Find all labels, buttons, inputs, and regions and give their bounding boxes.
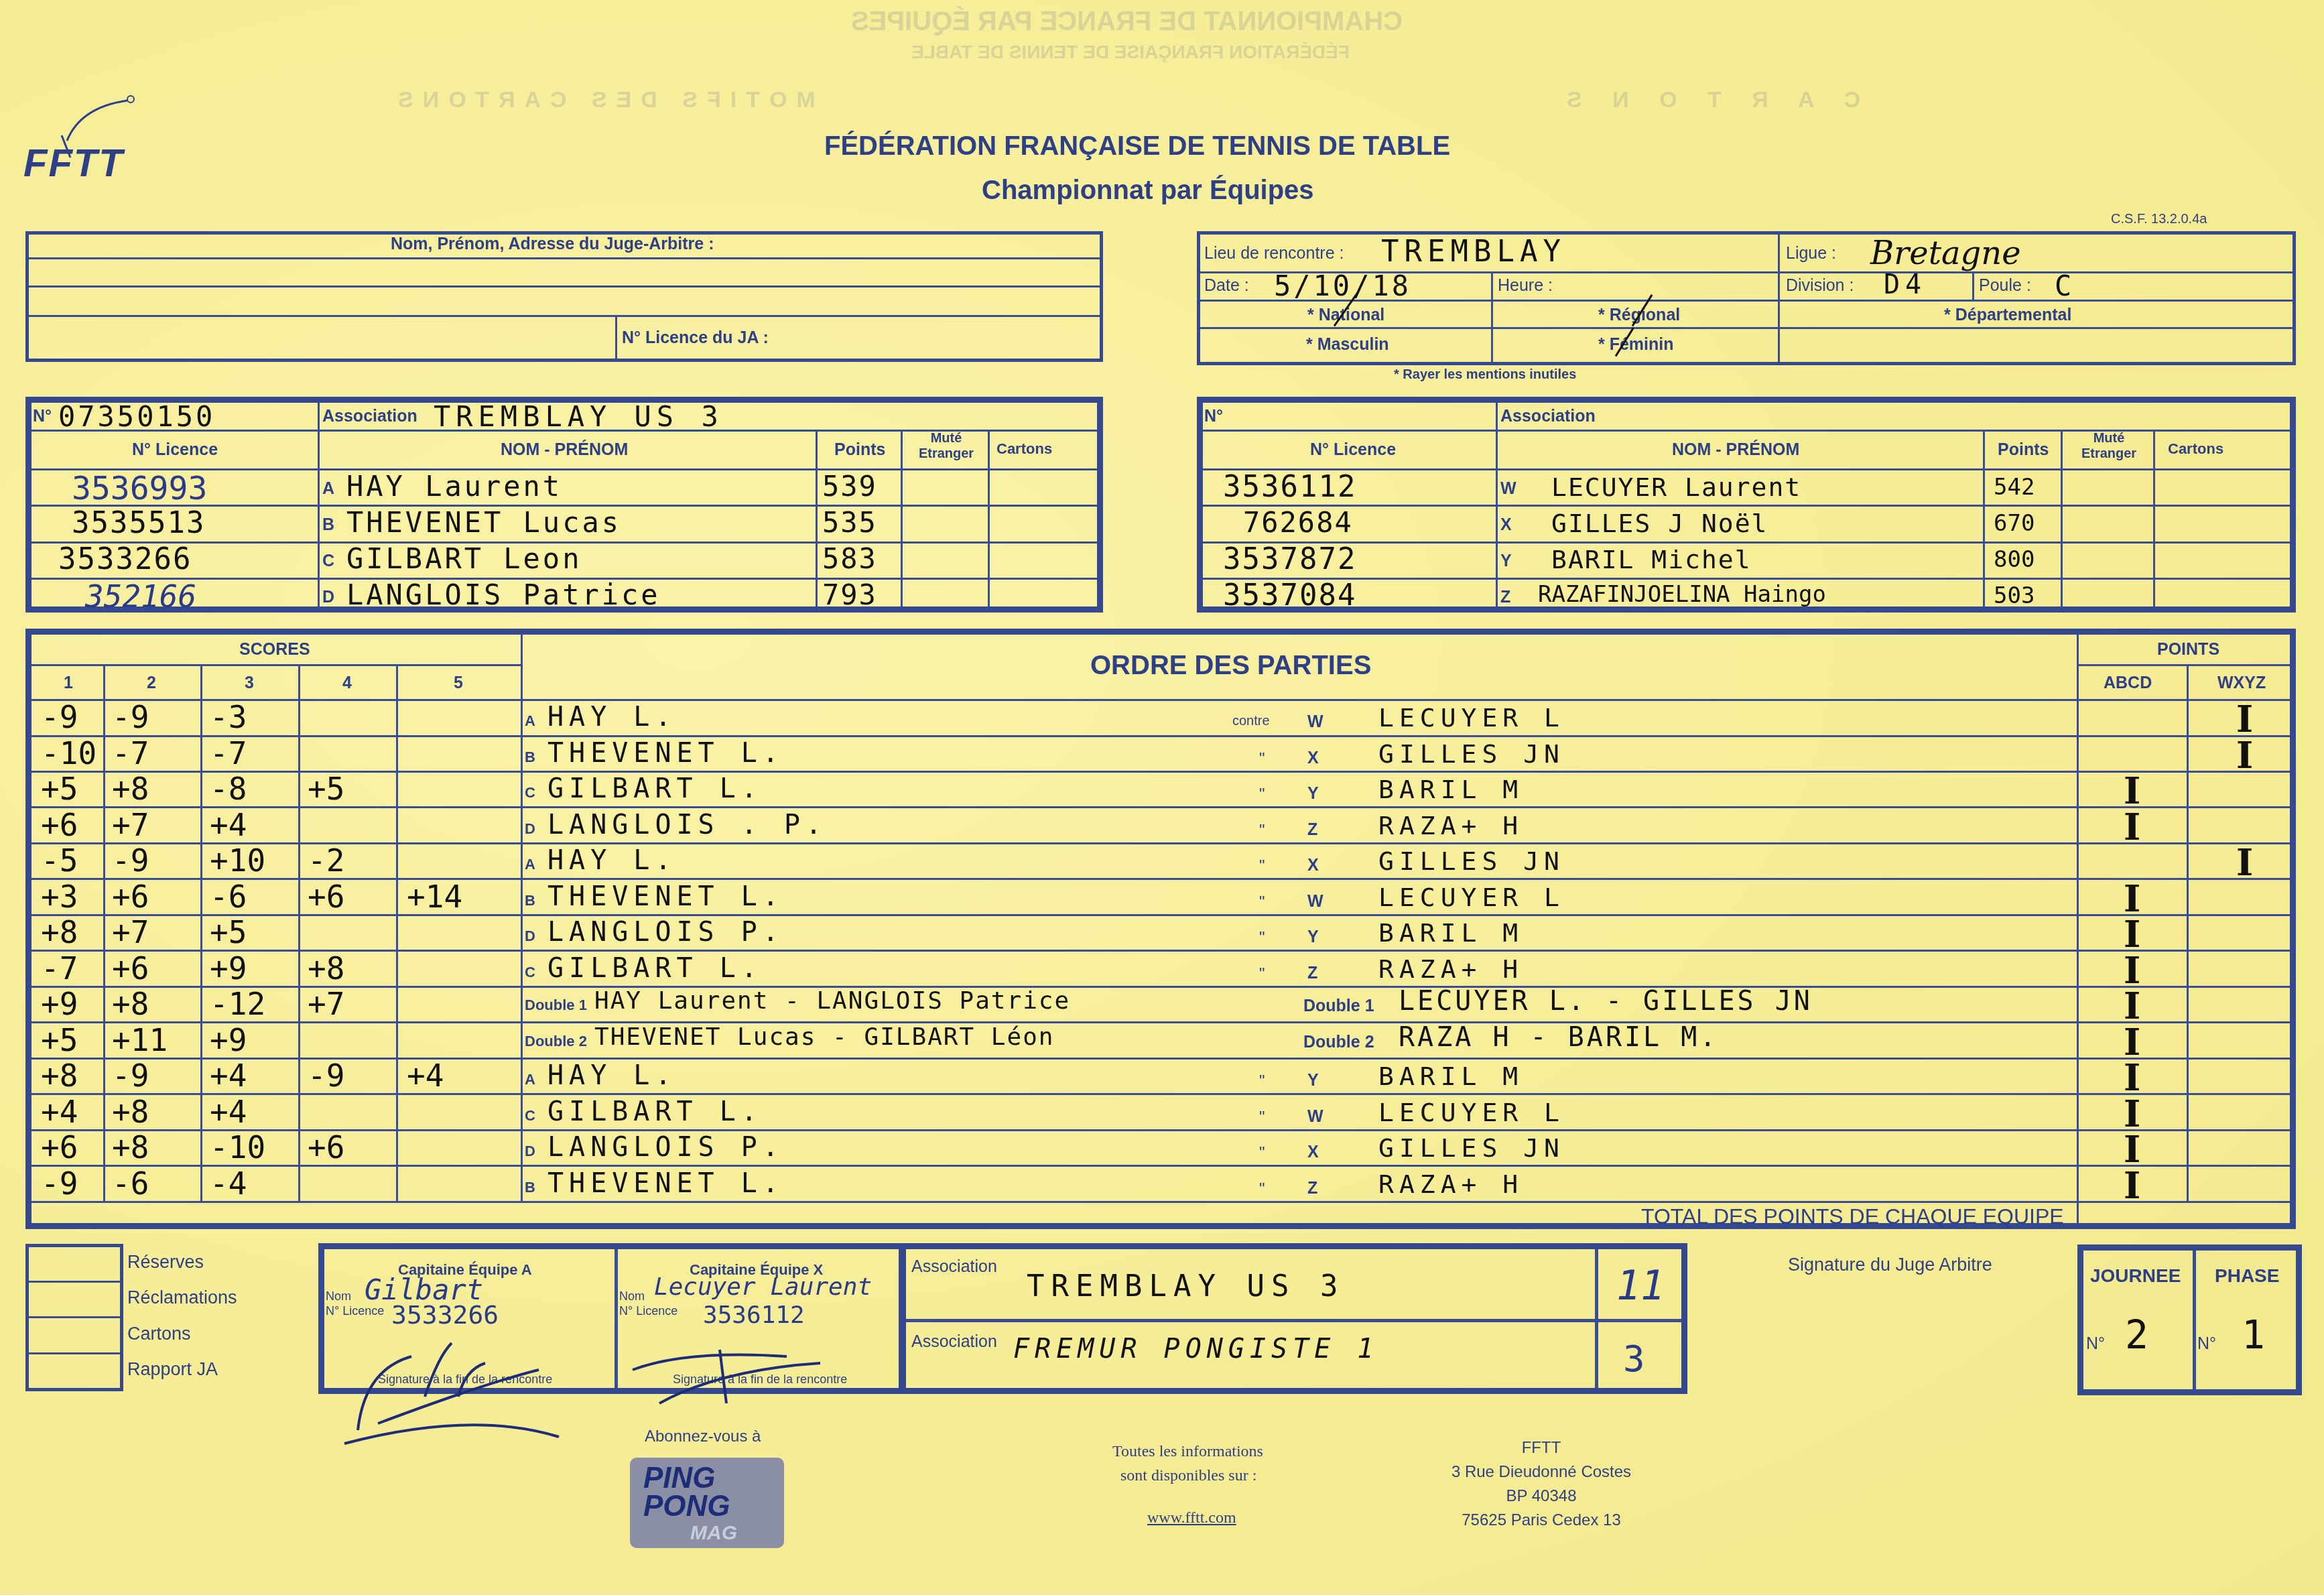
checkbox-column xyxy=(25,1244,123,1391)
team-x-number[interactable] xyxy=(1223,403,1491,430)
set-score[interactable]: -7 xyxy=(112,735,149,771)
licence-field[interactable]: 3536993 xyxy=(72,470,207,507)
result-a-label: Association xyxy=(911,1257,997,1277)
set-score[interactable]: +8 xyxy=(308,950,344,986)
result-x-label: Association xyxy=(911,1332,997,1352)
game-row: -9-6-4BTHEVENET L."ZRAZA+ HI xyxy=(31,1165,2290,1201)
subscribe-text: Abonnez-vous à xyxy=(645,1427,761,1446)
right-player[interactable]: RAZA H - BARIL M. xyxy=(1399,1022,1718,1053)
address-line: FFTT xyxy=(1434,1436,1649,1460)
team-a-roster: N° 07350150 Association TREMBLAY US 3 N°… xyxy=(25,397,1103,613)
website-link[interactable]: www.fftt.com xyxy=(1147,1509,1236,1527)
set-score[interactable]: +9 xyxy=(210,1022,247,1058)
strike-note: * Rayer les mentions inutiles xyxy=(1394,367,1576,383)
set-header: 2 xyxy=(147,674,156,693)
team-x-row: 3537084 Z RAZAFINJOELINA Haingo 503 xyxy=(1203,578,2290,613)
division-label: Division : xyxy=(1786,276,1854,296)
departmental-option[interactable]: * Départemental xyxy=(1944,306,2071,325)
game-row: +9+8-12+7Double 1HAY Laurent - LANGLOIS … xyxy=(31,986,2290,1021)
left-slot-label: B xyxy=(525,892,535,909)
set-score[interactable]: +7 xyxy=(112,914,149,950)
female-option[interactable]: * Féminin xyxy=(1598,335,1674,355)
checkbox-reclamations[interactable] xyxy=(29,1283,120,1316)
player-name[interactable]: LANGLOIS Patrice xyxy=(346,578,661,611)
col-licence: N° Licence xyxy=(1310,440,1396,460)
pool-label: Poule : xyxy=(1979,276,2031,296)
captain-x-name[interactable]: Lecuyer Laurent xyxy=(654,1273,872,1301)
right-slot-label: Y xyxy=(1307,1071,1319,1090)
captains-box: Capitaine Équipe A Nom Gilbart N° Licenc… xyxy=(318,1243,905,1394)
set-score[interactable]: +8 xyxy=(112,771,149,807)
ditto-mark: " xyxy=(1259,965,1265,984)
left-slot-label: A xyxy=(525,712,535,730)
left-player[interactable]: HAY L. xyxy=(547,1060,677,1091)
col-cartons: Cartons xyxy=(996,440,1052,458)
col-licence: N° Licence xyxy=(132,440,218,460)
game-row: +6+8-10+6DLANGLOIS P."XGILLES JNI xyxy=(31,1129,2290,1165)
set-score[interactable]: +6 xyxy=(112,879,149,915)
ditto-mark: " xyxy=(1259,1072,1265,1091)
wxyz-point[interactable]: I xyxy=(2236,734,2253,777)
total-field[interactable] xyxy=(2079,1203,2294,1230)
set-score[interactable]: -9 xyxy=(41,1165,78,1202)
col-name: NOM - PRÉNOM xyxy=(501,440,628,460)
abcd-point[interactable]: I xyxy=(2124,1164,2140,1207)
captain-x-name-label: Nom xyxy=(619,1289,645,1303)
set-score[interactable]: +8 xyxy=(112,1129,149,1165)
division-field[interactable]: D4 xyxy=(1884,269,1927,300)
licence-field[interactable]: 3535513 xyxy=(72,506,205,540)
team-x-number-label: N° xyxy=(1204,407,1223,426)
col-cartons: Cartons xyxy=(2168,440,2223,458)
logo-mag: MAG xyxy=(690,1522,737,1545)
set-score[interactable]: -9 xyxy=(41,699,78,735)
game-row: -10-7-7BTHEVENET L."XGILLES JNI xyxy=(31,735,2290,771)
ditto-mark: " xyxy=(1259,893,1265,912)
right-player[interactable]: RAZA+ H xyxy=(1378,1169,1523,1199)
set-score[interactable]: -9 xyxy=(112,699,149,735)
set-score[interactable]: +6 xyxy=(41,1129,78,1165)
left-player[interactable]: LANGLOIS P. xyxy=(547,1132,784,1163)
ditto-mark: " xyxy=(1259,822,1265,840)
set-score[interactable]: +4 xyxy=(210,1094,247,1130)
player-name[interactable]: GILBART Leon xyxy=(346,542,582,575)
league-label: Ligue : xyxy=(1786,244,1836,263)
left-player[interactable]: LANGLOIS . P. xyxy=(547,810,827,840)
set-score[interactable]: -7 xyxy=(41,950,78,986)
game-row: -9-9-3AHAY L.contreWLECUYER LI xyxy=(31,699,2290,735)
col-points: Points xyxy=(834,440,885,460)
game-row: +6+7+4DLANGLOIS . P."ZRAZA+ HI xyxy=(31,807,2290,842)
game-row: -7+6+9+8CGILBART L."ZRAZA+ HI xyxy=(31,950,2290,986)
licence-field[interactable]: 3533266 xyxy=(58,542,192,576)
player-points[interactable]: 539 xyxy=(822,470,877,503)
player-letter: Y xyxy=(1500,552,1512,571)
player-letter: A xyxy=(322,479,334,499)
team-a-row: 352166 D LANGLOIS Patrice 793 xyxy=(31,578,1097,613)
referee-name-field[interactable] xyxy=(29,259,1100,315)
set-score[interactable]: +5 xyxy=(41,771,78,807)
scores-header: SCORES xyxy=(239,640,310,659)
captain-x-signature-icon[interactable] xyxy=(619,1343,887,1417)
captain-a-licence[interactable]: 3533266 xyxy=(391,1300,499,1330)
logo-pong: PONG xyxy=(643,1490,730,1523)
ghost-text-motifs: MOTIFS DES CARTONS xyxy=(389,87,816,113)
game-row: +8+7+5DLANGLOIS P."YBARIL MI xyxy=(31,914,2290,950)
player-letter: W xyxy=(1500,479,1516,499)
right-slot-label: W xyxy=(1307,1107,1324,1127)
left-player[interactable]: GILBART L. xyxy=(547,1096,763,1127)
licence-field[interactable]: 3537084 xyxy=(1223,578,1356,613)
set-score[interactable]: +11 xyxy=(112,1022,168,1058)
team-a-association-label: Association xyxy=(322,407,417,426)
set-score[interactable]: +6 xyxy=(112,950,149,986)
federation-title: FÉDÉRATION FRANÇAISE DE TENNIS DE TABLE xyxy=(824,131,1450,162)
set-score[interactable]: -7 xyxy=(210,735,247,771)
captain-x-licence[interactable]: 3536112 xyxy=(703,1301,805,1329)
form-code: C.S.F. 13.2.0.4a xyxy=(2111,212,2207,227)
checkbox-cartons[interactable] xyxy=(29,1318,120,1352)
info-line2: sont disponibles sur : xyxy=(1120,1467,1256,1485)
set-header: 4 xyxy=(342,674,352,693)
pool-field[interactable]: C xyxy=(2055,269,2077,302)
match-info-box: Lieu de rencontre : TREMBLAY Ligue : Bre… xyxy=(1197,231,2296,365)
set-score[interactable]: -8 xyxy=(210,771,247,807)
game-row: -5-9+10-2AHAY L."XGILLES JNI xyxy=(31,842,2290,878)
set-score[interactable]: +8 xyxy=(41,1058,78,1094)
left-slot-label: C xyxy=(525,1107,535,1125)
right-slot-label: X xyxy=(1307,1143,1319,1162)
licence-field[interactable]: 3537872 xyxy=(1223,542,1356,576)
set-score[interactable]: -9 xyxy=(112,1058,149,1094)
right-slot-label: Y xyxy=(1307,784,1319,804)
ditto-mark: " xyxy=(1259,857,1265,876)
address-line: BP 40348 xyxy=(1434,1484,1649,1509)
result-a-score[interactable]: 11 xyxy=(1616,1263,1665,1310)
player-name[interactable]: LECUYER Laurent xyxy=(1551,472,1801,502)
journee-field[interactable]: 2 xyxy=(2125,1312,2154,1358)
left-slot-label: Double 2 xyxy=(525,1033,587,1050)
team-x-roster: N° Association N° Licence NOM - PRÉNOM P… xyxy=(1197,397,2296,613)
team-x-row: 3537872 Y BARIL Michel 800 xyxy=(1203,542,2290,577)
game-row: +5+11+9Double 2THEVENET Lucas - GILBART … xyxy=(31,1022,2290,1058)
left-player[interactable]: THEVENET L. xyxy=(547,738,784,769)
result-a-team[interactable]: TREMBLAY US 3 xyxy=(1027,1269,1344,1303)
ditto-mark: " xyxy=(1259,1108,1265,1127)
set-score[interactable]: -12 xyxy=(210,986,265,1022)
set-score[interactable]: +8 xyxy=(112,1094,149,1130)
phase-label: PHASE xyxy=(2215,1265,2279,1287)
set-score[interactable]: +6 xyxy=(308,879,344,915)
player-points[interactable]: 503 xyxy=(1994,582,2035,609)
set-score[interactable]: +7 xyxy=(308,986,344,1022)
checkbox-reserves[interactable] xyxy=(29,1247,120,1281)
set-score[interactable]: +5 xyxy=(210,914,247,950)
captain-a-licence-label: N° Licence xyxy=(326,1304,384,1318)
points-header: POINTS xyxy=(2157,640,2219,659)
left-player[interactable]: HAY L. xyxy=(547,845,677,876)
set-score[interactable]: -10 xyxy=(41,735,96,771)
set-score[interactable]: -2 xyxy=(308,842,344,879)
team-a-number[interactable]: 07350150 xyxy=(58,400,215,433)
player-letter: B xyxy=(322,515,334,535)
ghost-text-federation: FÉDÉRATION FRANÇAISE DE TENNIS DE TABLE xyxy=(911,42,1350,63)
right-player[interactable]: GILLES JN xyxy=(1378,1133,1565,1163)
right-player[interactable]: LECUYER L. - GILLES JN xyxy=(1399,986,1813,1017)
set-score[interactable]: -3 xyxy=(210,699,247,735)
referee-signature-label: Signature du Juge Arbitre xyxy=(1788,1255,1992,1275)
right-slot-label: Double 2 xyxy=(1303,1033,1374,1052)
captain-a-signature-icon[interactable] xyxy=(338,1330,606,1450)
ditto-mark: " xyxy=(1259,750,1265,769)
fftt-address: FFTT 3 Rue Dieudonné Costes BP 40348 756… xyxy=(1434,1436,1649,1533)
game-row: +8-9+4-9+4AHAY L."YBARIL MI xyxy=(31,1058,2290,1093)
left-slot-label: D xyxy=(525,1143,535,1160)
col-name: NOM - PRÉNOM xyxy=(1672,440,1799,460)
set-score[interactable]: +14 xyxy=(407,879,462,915)
ping-pong-mag-logo[interactable]: PING PONG MAG xyxy=(630,1458,784,1548)
referee-licence-label: N° Licence du JA : xyxy=(622,328,769,348)
set-score[interactable]: -9 xyxy=(112,842,149,879)
right-slot-label: W xyxy=(1307,892,1324,911)
abcd-header: ABCD xyxy=(2104,674,2152,693)
set-score[interactable]: -9 xyxy=(308,1058,344,1094)
set-score[interactable]: +4 xyxy=(210,1058,247,1094)
address-line: 75625 Paris Cedex 13 xyxy=(1434,1509,1649,1533)
left-player[interactable]: LANGLOIS P. xyxy=(547,917,784,948)
team-x-association[interactable] xyxy=(1605,403,2275,430)
male-option[interactable]: * Masculin xyxy=(1306,335,1389,355)
right-slot-label: Z xyxy=(1307,1179,1317,1198)
set-header: 1 xyxy=(64,674,73,693)
game-row: +3+6-6+6+14BTHEVENET L."WLECUYER LI xyxy=(31,879,2290,914)
referee-signature-field[interactable] xyxy=(1776,1280,2057,1387)
right-slot-label: X xyxy=(1307,856,1319,875)
left-slot-label: B xyxy=(525,1179,535,1196)
set-header: 5 xyxy=(454,674,463,693)
league-field[interactable]: Bretagne xyxy=(1870,235,2021,272)
captain-x-licence-label: N° Licence xyxy=(619,1304,677,1318)
page-subtitle: Championnat par Équipes xyxy=(982,176,1314,206)
set-score[interactable]: +8 xyxy=(112,986,149,1022)
ditto-mark: " xyxy=(1259,1180,1265,1199)
wxyz-header: WXYZ xyxy=(2217,674,2266,693)
col-points: Points xyxy=(1998,440,2049,460)
player-points[interactable]: 793 xyxy=(822,578,877,611)
left-slot-label: B xyxy=(525,749,535,766)
right-player[interactable]: LECUYER L xyxy=(1378,703,1565,732)
journee-label: JOURNEE xyxy=(2090,1265,2181,1287)
game-row: +5+8-8+5CGILBART L."YBARIL MI xyxy=(31,771,2290,806)
player-name[interactable]: BARIL Michel xyxy=(1551,545,1752,574)
set-score[interactable]: +4 xyxy=(407,1058,444,1094)
left-player[interactable]: THEVENET L. xyxy=(547,1168,784,1199)
player-name[interactable]: GILLES J Noël xyxy=(1551,509,1768,538)
left-player[interactable]: HAY Laurent - LANGLOIS Patrice xyxy=(594,987,1070,1015)
right-player[interactable]: GILLES JN xyxy=(1378,846,1565,876)
contre-label: contre xyxy=(1232,714,1270,729)
right-slot-label: Y xyxy=(1307,928,1319,947)
left-slot-label: A xyxy=(525,1071,535,1088)
player-points[interactable]: 535 xyxy=(822,506,877,539)
logo-text: FFTT xyxy=(23,141,124,186)
team-a-row: 3533266 C GILBART Leon 583 xyxy=(31,542,1097,577)
right-player[interactable]: BARIL M xyxy=(1378,1062,1523,1091)
licence-field[interactable]: 352166 xyxy=(85,578,196,615)
set-score[interactable]: +4 xyxy=(41,1094,78,1130)
set-score[interactable]: +6 xyxy=(308,1129,344,1165)
player-points[interactable]: 800 xyxy=(1994,546,2035,573)
time-field[interactable] xyxy=(1562,273,1770,298)
result-x-score[interactable]: 3 xyxy=(1623,1338,1645,1380)
left-slot-label: C xyxy=(525,964,535,981)
right-player[interactable]: LECUYER L xyxy=(1378,883,1565,912)
date-field[interactable]: 5/10/18 xyxy=(1274,269,1411,302)
ditto-mark: " xyxy=(1259,785,1265,804)
set-score[interactable]: +9 xyxy=(41,986,78,1022)
reserves-label: Réserves xyxy=(127,1252,204,1273)
team-a-row: 3536993 A HAY Laurent 539 xyxy=(31,470,1097,505)
player-points[interactable]: 542 xyxy=(1994,474,2035,501)
game-row: +4+8+4CGILBART L."WLECUYER LI xyxy=(31,1094,2290,1129)
set-score[interactable]: -6 xyxy=(210,879,247,915)
left-slot-label: D xyxy=(525,820,535,838)
licence-field[interactable]: 3536112 xyxy=(1223,470,1356,504)
set-header: 3 xyxy=(245,674,254,693)
venue-field[interactable]: TREMBLAY xyxy=(1381,235,1566,269)
licence-field[interactable]: 762684 xyxy=(1243,506,1353,539)
set-score[interactable]: +9 xyxy=(210,950,247,986)
set-score[interactable]: +3 xyxy=(41,879,78,915)
rapport-label: Rapport JA xyxy=(127,1359,218,1380)
player-name[interactable]: THEVENET Lucas xyxy=(346,506,621,539)
col-mute: Muté Etranger xyxy=(906,431,986,462)
right-player[interactable]: GILLES JN xyxy=(1378,739,1565,769)
left-player[interactable]: GILBART L. xyxy=(547,953,763,984)
set-score[interactable]: +7 xyxy=(112,807,149,843)
total-label: TOTAL DES POINTS DE CHAQUE EQUIPE xyxy=(1641,1204,2064,1229)
player-letter: D xyxy=(322,588,334,607)
left-slot-label: D xyxy=(525,928,535,945)
set-score[interactable]: +10 xyxy=(210,842,265,879)
set-score[interactable]: +6 xyxy=(41,807,78,843)
left-player[interactable]: THEVENET L. xyxy=(547,881,784,912)
player-letter: C xyxy=(322,552,334,571)
left-player[interactable]: THEVENET Lucas - GILBART Léon xyxy=(594,1023,1055,1051)
right-player[interactable]: BARIL M xyxy=(1378,918,1523,948)
right-slot-label: Z xyxy=(1307,964,1317,983)
results-box: Association TREMBLAY US 3 11 Association… xyxy=(900,1243,1687,1394)
set-score[interactable]: -5 xyxy=(41,842,78,879)
cartons-label: Cartons xyxy=(127,1324,191,1344)
right-slot-label: Z xyxy=(1307,820,1317,840)
right-player[interactable]: RAZA+ H xyxy=(1378,954,1523,984)
right-slot-label: X xyxy=(1307,749,1319,768)
left-player[interactable]: GILBART L. xyxy=(547,773,763,804)
result-x-team[interactable]: FREMUR PONGISTE 1 xyxy=(1013,1334,1378,1364)
captain-a-name-label: Nom xyxy=(326,1289,351,1303)
player-letter: X xyxy=(1500,515,1512,535)
venue-label: Lieu de rencontre : xyxy=(1204,244,1344,263)
referee-name-label: Nom, Prénom, Adresse du Juge-Arbitre : xyxy=(391,235,714,254)
ditto-mark: " xyxy=(1259,929,1265,948)
col-mute: Muté Etranger xyxy=(2067,431,2150,462)
left-slot-label: A xyxy=(525,856,535,873)
right-slot-label: Double 1 xyxy=(1303,997,1374,1016)
right-player[interactable]: BARIL M xyxy=(1378,775,1523,804)
set-score[interactable]: +8 xyxy=(41,914,78,950)
wxyz-point[interactable]: I xyxy=(2236,841,2253,884)
referee-box: Nom, Prénom, Adresse du Juge-Arbitre : N… xyxy=(25,231,1103,362)
set-score[interactable]: -6 xyxy=(112,1165,149,1202)
journee-phase-box: JOURNEE N° 2 PHASE N° 1 xyxy=(2077,1245,2302,1395)
phase-field[interactable]: 1 xyxy=(2242,1312,2270,1358)
team-x-association-label: Association xyxy=(1500,407,1596,426)
left-slot-label: C xyxy=(525,784,535,802)
set-score[interactable]: +5 xyxy=(308,771,344,807)
journee-no-label: N° xyxy=(2086,1334,2105,1354)
set-score[interactable]: +4 xyxy=(210,807,247,843)
info-line1: Toutes les informations xyxy=(1112,1443,1263,1461)
team-a-number-label: N° xyxy=(33,407,52,426)
right-player[interactable]: LECUYER L xyxy=(1378,1098,1565,1127)
set-score[interactable]: -10 xyxy=(210,1129,265,1165)
date-label: Date : xyxy=(1204,276,1249,296)
ghost-text-cartons: C A R T O N S xyxy=(1555,87,1860,113)
set-score[interactable]: -4 xyxy=(210,1165,247,1202)
team-x-row: 3536112 W LECUYER Laurent 542 xyxy=(1203,470,2290,505)
player-points[interactable]: 583 xyxy=(822,542,877,575)
games-grid: SCORES 1 2 3 4 5 ORDRE DES PARTIES POINT… xyxy=(25,629,2296,1229)
left-player[interactable]: HAY L. xyxy=(547,702,677,732)
team-x-row: 762684 X GILLES J Noël 670 xyxy=(1203,506,2290,541)
checkbox-rapport[interactable] xyxy=(29,1354,120,1388)
abcd-point[interactable]: I xyxy=(2124,806,2140,848)
player-name[interactable]: HAY Laurent xyxy=(346,470,562,503)
ditto-mark: " xyxy=(1259,1144,1265,1163)
player-letter: Z xyxy=(1500,588,1510,607)
phase-no-label: N° xyxy=(2197,1334,2216,1354)
set-score[interactable]: +5 xyxy=(41,1022,78,1058)
player-points[interactable]: 670 xyxy=(1994,510,2035,537)
right-player[interactable]: RAZA+ H xyxy=(1378,811,1523,840)
ghost-text-championship: CHAMPIONNAT DE FRANCE PAR ÉQUIPES xyxy=(851,7,1403,37)
player-name[interactable]: RAZAFINJOELINA Haingo xyxy=(1538,581,1826,608)
time-label: Heure : xyxy=(1498,276,1553,296)
team-a-row: 3535513 B THEVENET Lucas 535 xyxy=(31,506,1097,541)
games-title: ORDRE DES PARTIES xyxy=(1090,651,1371,681)
reclamations-label: Réclamations xyxy=(127,1287,237,1308)
left-slot-label: Double 1 xyxy=(525,997,587,1014)
address-line: 3 Rue Dieudonné Costes xyxy=(1434,1460,1649,1484)
right-slot-label: W xyxy=(1307,712,1324,732)
fftt-logo: FFTT xyxy=(20,94,174,181)
team-a-association[interactable]: TREMBLAY US 3 xyxy=(434,400,724,433)
